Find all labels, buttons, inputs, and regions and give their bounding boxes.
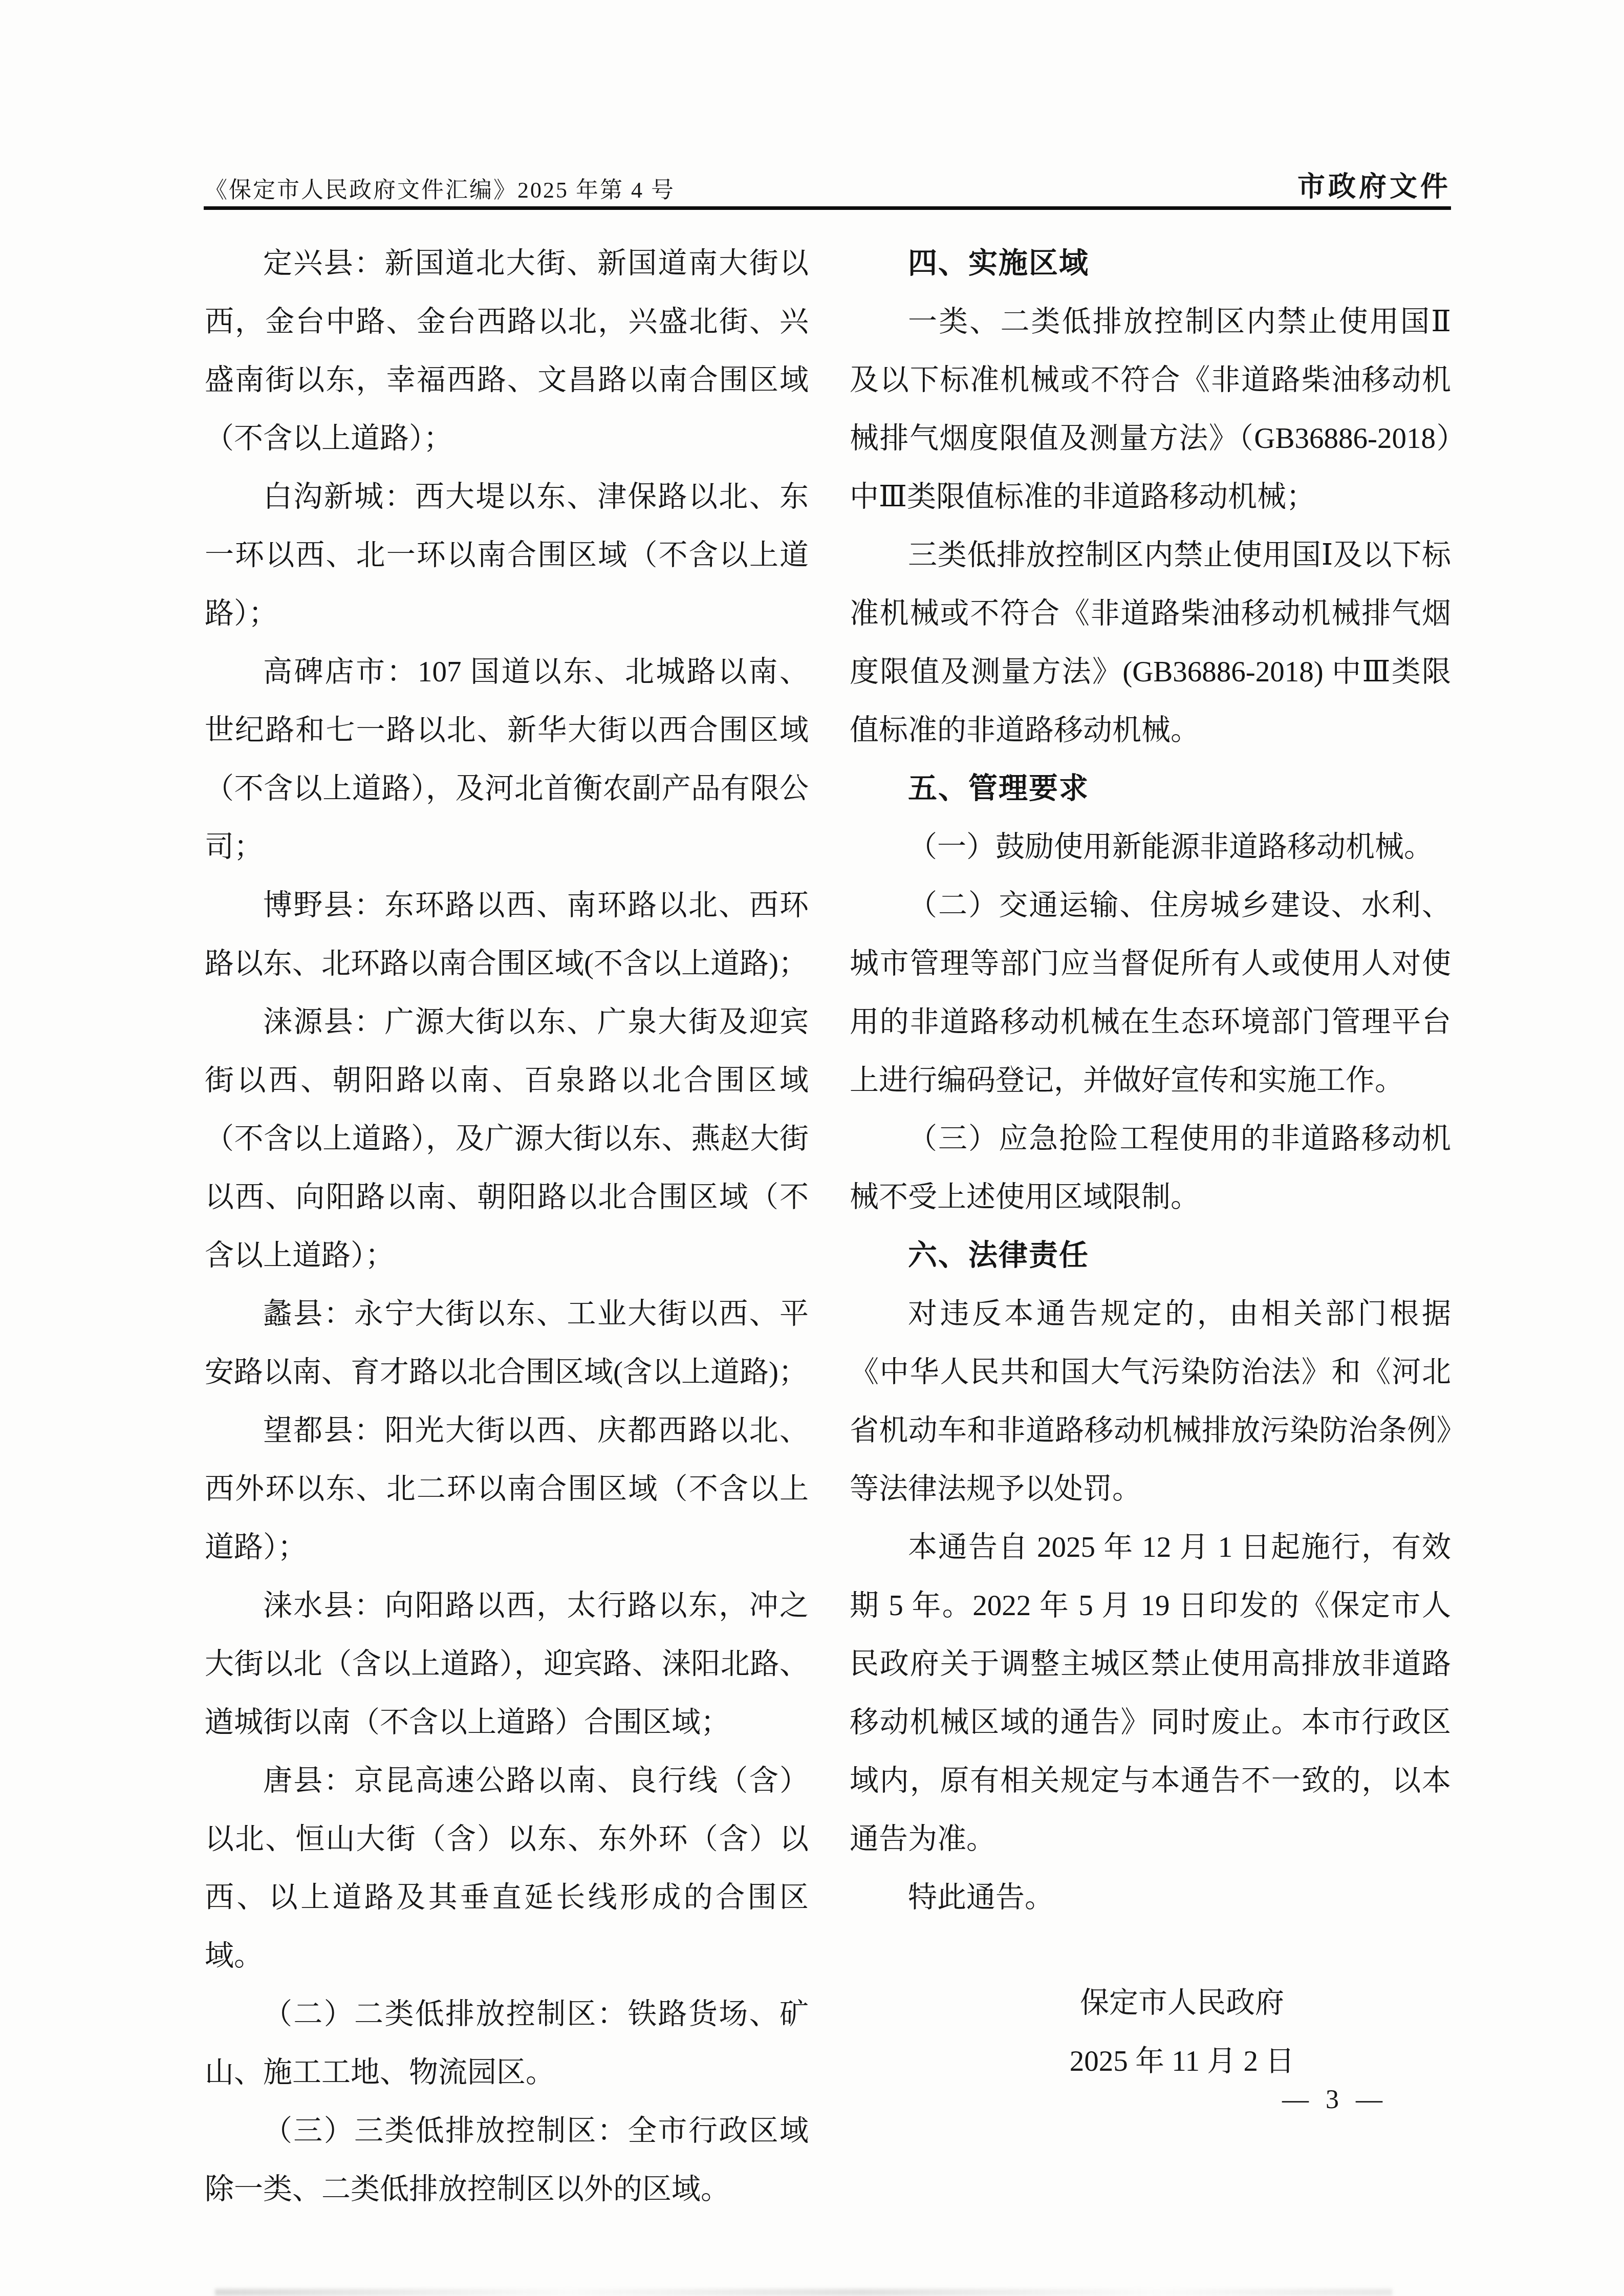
doc-category-label: 市政府文件 <box>1297 165 1451 204</box>
issue-date: 2025 年 11 月 2 日 <box>881 2032 1483 2091</box>
page-number: — 3 — <box>1282 2085 1388 2115</box>
para-gaobeidian-city: 高碑店市：107 国道以东、北城路以南、世纪路和七一路以北、新华大街以西合围区域… <box>205 643 809 876</box>
para-management-3: （三）应急抢险工程使用的非道路移动机械不受上述使用区域限制。 <box>850 1110 1451 1227</box>
para-laishui-county: 涞水县：向阳路以西，太行路以东，冲之大街以北（含以上道路），迎宾路、涞阳北路、遒… <box>205 1577 809 1752</box>
document-body: 定兴县：新国道北大街、新国道南大街以西，金台中路、金台西路以北，兴盛北街、兴盛南… <box>205 234 1451 2219</box>
para-effective-period: 本通告自 2025 年 12 月 1 日起施行，有效期 5 年。2022 年 5… <box>850 1518 1451 1869</box>
para-management-1: （一）鼓励使用新能源非道路移动机械。 <box>850 818 1451 876</box>
section-heading-4: 四、实施区域 <box>850 234 1451 293</box>
section-heading-6: 六、法律责任 <box>850 1227 1451 1285</box>
right-column: 四、实施区域 一类、二类低排放控制区内禁止使用国Ⅱ及以下标准机械或不符合《非道路… <box>850 234 1451 2219</box>
para-baigou-newtown: 白沟新城：西大堤以东、津保路以北、东一环以西、北一环以南合围区域（不含以上道路）… <box>205 468 809 643</box>
para-closing: 特此通告。 <box>850 1869 1451 1927</box>
para-implementation-b: 三类低排放控制区内禁止使用国Ⅰ及以下标准机械或不符合《非道路柴油移动机械排气烟度… <box>850 526 1451 760</box>
left-column: 定兴县：新国道北大街、新国道南大街以西，金台中路、金台西路以北，兴盛北街、兴盛南… <box>205 234 809 2219</box>
scan-artifact <box>215 2289 1392 2296</box>
para-class2-zone: （二）二类低排放控制区：铁路货场、矿山、施工工地、物流园区。 <box>205 1985 809 2102</box>
para-implementation-a: 一类、二类低排放控制区内禁止使用国Ⅱ及以下标准机械或不符合《非道路柴油移动机械排… <box>850 293 1451 526</box>
para-li-county: 蠡县：永宁大街以东、工业大街以西、平安路以南、育才路以北合围区域(含以上道路)； <box>205 1285 809 1402</box>
para-laiyuan-county: 涞源县：广源大街以东、广泉大街及迎宾街以西、朝阳路以南、百泉路以北合围区域（不含… <box>205 993 809 1285</box>
para-management-2: （二）交通运输、住房城乡建设、水利、城市管理等部门应当督促所有人或使用人对使用的… <box>850 876 1451 1110</box>
para-dingxing-county: 定兴县：新国道北大街、新国道南大街以西，金台中路、金台西路以北，兴盛北街、兴盛南… <box>205 234 809 468</box>
para-wangdu-county: 望都县：阳光大街以西、庆都西路以北、西外环以东、北二环以南合围区域（不含以上道路… <box>205 1402 809 1577</box>
header-divider <box>204 206 1451 210</box>
issuer-signature: 保定市人民政府 <box>881 1974 1483 2032</box>
para-class3-zone: （三）三类低排放控制区：全市行政区域除一类、二类低排放控制区以外的区域。 <box>205 2102 809 2219</box>
journal-title: 《保定市人民政府文件汇编》2025 年第 4 号 <box>205 171 675 204</box>
document-page: 《保定市人民政府文件汇编》2025 年第 4 号 市政府文件 定兴县：新国道北大… <box>0 0 1624 2296</box>
section-heading-5: 五、管理要求 <box>850 760 1451 818</box>
page-header: 《保定市人民政府文件汇编》2025 年第 4 号 市政府文件 <box>205 165 1451 204</box>
para-boye-county: 博野县：东环路以西、南环路以北、西环路以东、北环路以南合围区域(不含以上道路)； <box>205 876 809 993</box>
para-tang-county: 唐县：京昆高速公路以南、良行线（含）以北、恒山大街（含）以东、东外环（含）以西、… <box>205 1752 809 1985</box>
para-legal-liability: 对违反本通告规定的，由相关部门根据《中华人民共和国大气污染防治法》和《河北省机动… <box>850 1285 1451 1518</box>
